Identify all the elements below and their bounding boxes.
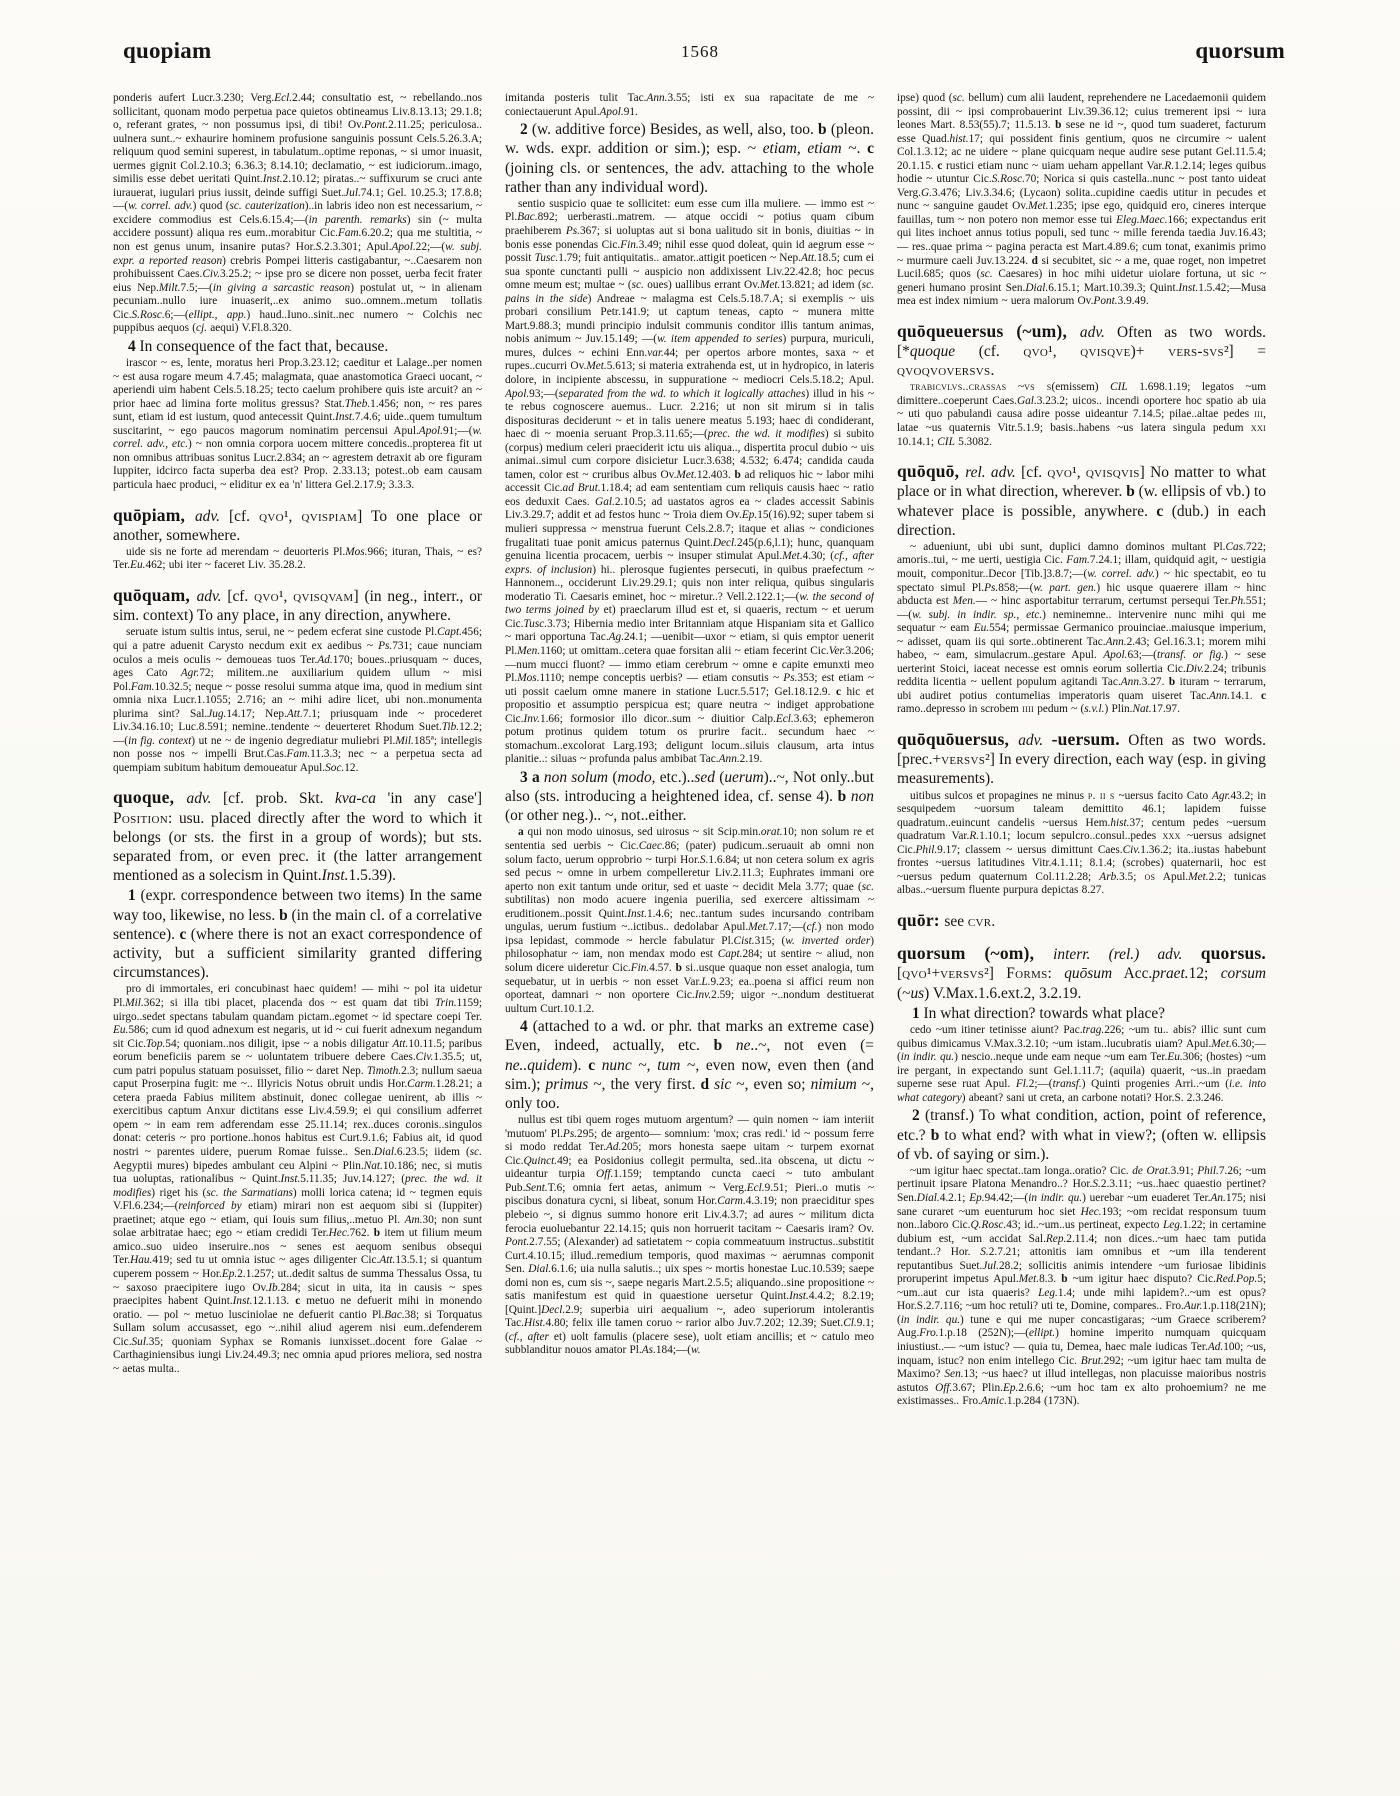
quoque-sense-4-citations: nullus est tibi quem roges mutuom argent… <box>505 1114 874 1358</box>
quorsum-sense-2-definition: 2 (transf.) To what condition, action, p… <box>897 1106 1266 1164</box>
sense-4-definition: 4 In consequence of the fact that, becau… <box>113 337 482 356</box>
entry-quoquouersus-citations: uitibus sulcos et propagines ne minus p.… <box>897 790 1266 898</box>
entry-quoquo-citations: ~ adueniunt, ubi ubi sunt, duplici damno… <box>897 541 1266 717</box>
column-3: ipse) quod (sc. bellum) cum alii laudent… <box>897 92 1266 1772</box>
sense-4-citations: irascor ~ es, lente, moratus heri Prop.3… <box>113 357 482 492</box>
entry-quor-crossref: quōr: see cvr. <box>897 911 1266 931</box>
continuation-citations-quoniam: ponderis aufert Lucr.3.230; Verg.Ecl.2.4… <box>113 92 482 336</box>
entry-quoquo: quōquō, rel. adv. [cf. qvo¹, qvisqvis] N… <box>897 462 1266 540</box>
quoque-sense-3-citations: a qui non modo uinosus, sed uirosus ~ si… <box>505 826 874 1016</box>
entry-quopiam-citations: uide sis ne forte ad merendam ~ deuorter… <box>113 546 482 573</box>
continuation-citations: imitanda posteris tulit Tac.Ann.3.55; is… <box>505 92 874 119</box>
continuation-citations: ipse) quod (sc. bellum) cum alii laudent… <box>897 92 1266 309</box>
page-number: 1568 <box>113 42 1287 62</box>
running-head: quopiam 1568 quorsum <box>113 38 1287 72</box>
quorsum-sense-1-citations: cedo ~um itiner tetinisse aiunt? Pac.tra… <box>897 1024 1266 1105</box>
entry-quoqueuersus-citations: trabicvlvs..crassas ~vs s(emissem) CIL 1… <box>897 381 1266 449</box>
quorsum-sense-2-citations: ~um igitur haec spectat..tam longa..orat… <box>897 1165 1266 1409</box>
column-1: ponderis aufert Lucr.3.230; Verg.Ecl.2.4… <box>113 92 482 1772</box>
dictionary-page: quopiam 1568 quorsum ponderis aufert Luc… <box>0 0 1400 1796</box>
quoque-sense-2-citations: sentio suspicio quae te sollicitet: eum … <box>505 198 874 767</box>
quorsum-sense-1-definition: 1 In what direction? towards what place? <box>897 1004 1266 1023</box>
entry-quoquam: quōquam, adv. [cf. qvo¹, qvisqvam] (in n… <box>113 586 482 625</box>
entry-quorsum: quorsum (~om), interr. (rel.) adv. quors… <box>897 944 1266 1003</box>
entry-quoquouersus: quōquōuersus, adv. -uersum. Often as two… <box>897 730 1266 789</box>
text-columns: ponderis aufert Lucr.3.230; Verg.Ecl.2.4… <box>113 92 1266 1772</box>
entry-quopiam: quōpiam, adv. [cf. qvo¹, qvispiam] To on… <box>113 506 482 545</box>
quoque-sense-4-definition: 4 (attached to a wd. or phr. that marks … <box>505 1017 874 1113</box>
entry-quoqueuersus: quōqueuersus (~um), adv. Often as two wo… <box>897 322 1266 381</box>
entry-quoquam-citations: seruate istum sultis intus, serui, ne ~ … <box>113 626 482 775</box>
quoque-sense-3-definition: 3 a non solum (modo, etc.)..sed (uerum).… <box>505 768 874 826</box>
quoque-sense-1-definition: 1 (expr. correspondence between two item… <box>113 886 482 982</box>
entry-quoque: quoque, adv. [cf. prob. Skt. kva-ca 'in … <box>113 788 482 885</box>
column-2: imitanda posteris tulit Tac.Ann.3.55; is… <box>505 92 874 1772</box>
quoque-sense-1-citations: pro di immortales, eri concubinast haec … <box>113 983 482 1376</box>
quoque-sense-2-definition: 2 (w. additive force) Besides, as well, … <box>505 120 874 197</box>
running-head-right-keyword: quorsum <box>1195 38 1285 64</box>
